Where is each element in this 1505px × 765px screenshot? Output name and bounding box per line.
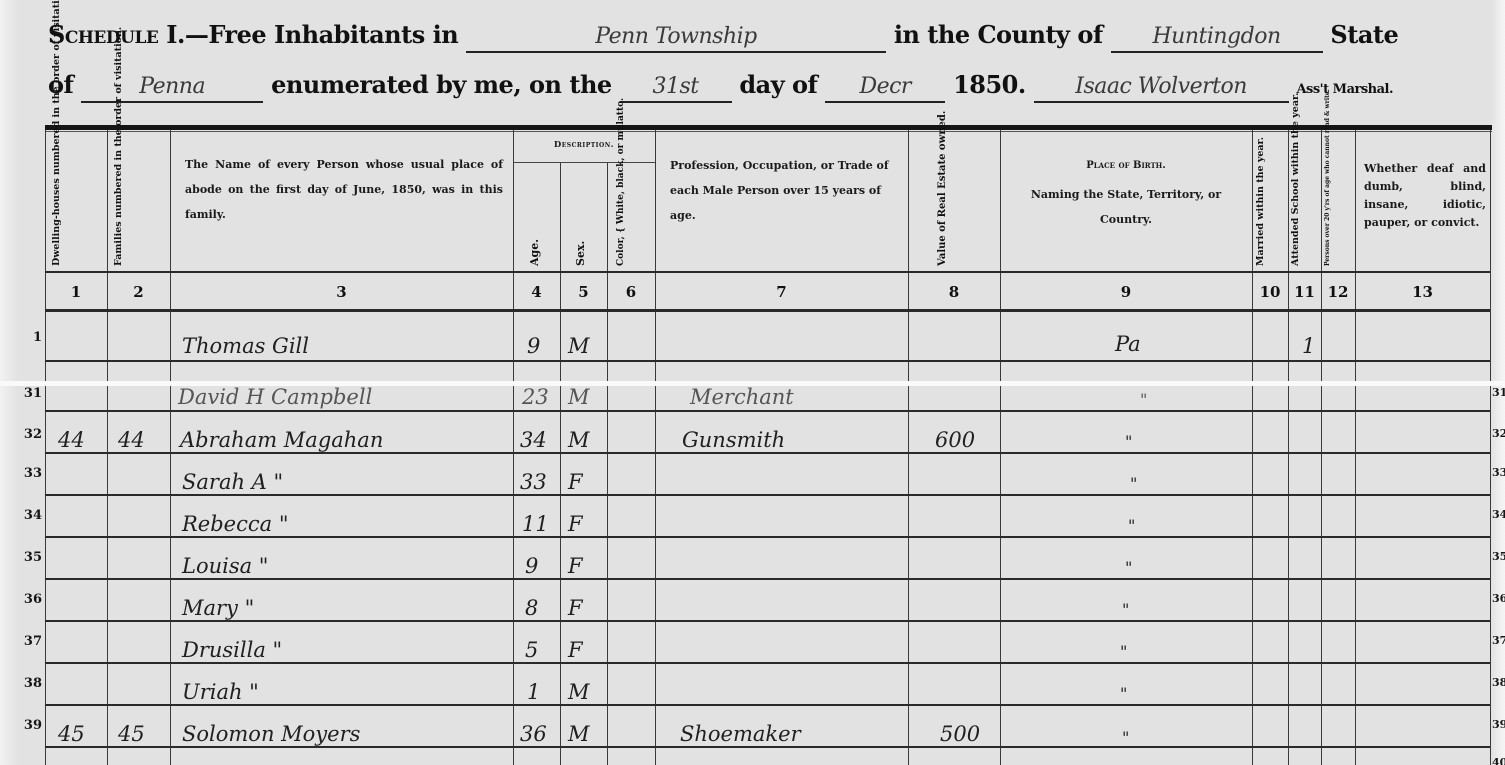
age-cell: 5 [525, 638, 538, 662]
col10-header: Married within the year. [1256, 138, 1284, 266]
line-number: 36 [0, 592, 42, 607]
name-cell: Drusilla " [182, 638, 282, 662]
age-cell: 11 [522, 512, 549, 536]
col3-number: 3 [170, 283, 513, 301]
right-line-number: 39 [1492, 718, 1505, 731]
county-field: Huntingdon [1111, 25, 1323, 53]
month-field: Decr [825, 75, 945, 103]
line-number: 38 [0, 676, 42, 691]
name-cell: Uriah " [182, 680, 259, 704]
birthplace-cell: " [1120, 642, 1127, 661]
dwelling-cell: 44 [58, 428, 85, 452]
real-estate-cell: 600 [935, 428, 975, 452]
col5-header: Sex. [576, 170, 590, 266]
col-rule-5 [607, 163, 608, 765]
age-cell: 9 [527, 334, 540, 358]
col-rule-1 [107, 130, 108, 765]
township-field: Penn Township [466, 25, 886, 53]
birthplace-cell: Pa [1115, 332, 1141, 356]
age-cell: 23 [522, 385, 549, 409]
col1-number: 1 [45, 283, 107, 301]
birthplace-cell: " [1125, 558, 1132, 577]
name-cell: Sarah A " [182, 470, 283, 494]
col12-header: Persons over 20 y'rs of age who cannot r… [1324, 138, 1352, 266]
sex-cell: F [568, 512, 583, 536]
name-cell: Solomon Moyers [182, 722, 360, 746]
title-line-2: of Penna enumerated by me, on the 31st d… [48, 70, 1393, 103]
real-estate-cell: 500 [940, 722, 980, 746]
row-rule-37 [45, 662, 1490, 664]
line-number: 33 [0, 466, 42, 481]
col7-header: Profession, Occupation, or Trade of each… [670, 153, 898, 228]
col-rule-0 [45, 130, 46, 765]
age-cell: 9 [525, 554, 538, 578]
col-rule-7 [908, 130, 909, 765]
right-line-number: 37 [1492, 634, 1505, 647]
col-rule-10 [1288, 130, 1289, 765]
line-number: 1 [0, 330, 42, 345]
col-rule-12 [1355, 130, 1356, 765]
school-cell: 1 [1302, 334, 1315, 358]
birthplace-cell: " [1122, 728, 1129, 747]
number-row-bottom-rule [45, 309, 1490, 312]
row-rule-38 [45, 704, 1490, 706]
col5-number: 5 [560, 283, 607, 301]
col1-header: Dwelling-houses numbered in the order of… [52, 140, 98, 266]
family-cell: 44 [118, 428, 145, 452]
row-rule-1 [45, 360, 1490, 362]
row-rule-31 [45, 410, 1490, 412]
row-rule-35 [45, 578, 1490, 580]
birthplace-cell: " [1120, 684, 1127, 703]
birthplace-cell: " [1122, 600, 1129, 619]
col8-header: Value of Real Estate owned. [938, 136, 968, 266]
sex-cell: M [568, 722, 590, 746]
occupation-cell: Shoemaker [680, 722, 801, 746]
col3-header: The Name of every Person whose usual pla… [185, 152, 503, 227]
title2-text-b: enumerated by me, on the [271, 70, 612, 99]
marshal-title: Ass't Marshal. [1296, 82, 1393, 97]
col2-number: 2 [107, 283, 170, 301]
state-field: Penna [81, 75, 263, 103]
col9-number: 9 [1000, 283, 1252, 301]
col-rule-13 [1490, 130, 1491, 765]
birthplace-cell: " [1130, 474, 1137, 493]
col11-header: Attended School within the year. [1291, 138, 1319, 266]
col12-number: 12 [1321, 283, 1355, 301]
age-cell: 8 [525, 596, 538, 620]
title-line-1: Schedule I.—Free Inhabitants in Penn Tow… [48, 20, 1398, 53]
row-rule-39 [45, 746, 1490, 748]
col-rule-9 [1252, 130, 1253, 765]
line-number: 39 [0, 718, 42, 733]
birthplace-cell: " [1125, 432, 1132, 451]
line-number: 31 [0, 386, 42, 401]
col4-header: Age. [530, 170, 544, 266]
occupation-cell: Gunsmith [682, 428, 785, 452]
age-cell: 34 [520, 428, 547, 452]
col6-number: 6 [607, 283, 655, 301]
census-page: Schedule I.—Free Inhabitants in Penn Tow… [0, 0, 1505, 765]
header-bottom-rule [45, 271, 1490, 273]
col7-number: 7 [655, 283, 908, 301]
row-rule-33 [45, 494, 1490, 496]
sex-cell: M [568, 334, 590, 358]
day-field: 31st [620, 75, 732, 103]
col-rule-4 [560, 163, 561, 765]
line-number: 32 [0, 427, 42, 442]
birthplace-cell: " [1128, 516, 1135, 535]
name-cell: Abraham Magahan [180, 428, 383, 452]
year-text: 1850. [953, 70, 1026, 99]
sex-cell: F [568, 596, 583, 620]
col-rule-8 [1000, 130, 1001, 765]
right-line-number: 38 [1492, 676, 1505, 689]
sex-cell: M [568, 680, 590, 704]
right-line-number: 40 [1492, 756, 1505, 765]
col-rule-11 [1321, 130, 1322, 765]
table-top-border [45, 125, 1492, 130]
title-text-b: in the County of [894, 20, 1103, 49]
col-rule-6 [655, 130, 656, 765]
right-line-number: 35 [1492, 550, 1505, 563]
sex-cell: F [568, 638, 583, 662]
family-cell: 45 [118, 722, 145, 746]
sex-cell: M [568, 385, 590, 409]
col4-number: 4 [513, 283, 560, 301]
description-group-header: Description. [513, 140, 655, 150]
col13-header: Whether deaf and dumb, blind, insane, id… [1364, 160, 1486, 232]
col9-header-sub: Naming the State, Territory, or Country. [1030, 182, 1222, 232]
name-cell: Rebecca " [182, 512, 289, 536]
right-line-number: 32 [1492, 427, 1505, 440]
right-line-number: 31 [1492, 386, 1505, 399]
sex-cell: F [568, 554, 583, 578]
description-group-rule [513, 162, 655, 163]
line-number: 34 [0, 508, 42, 523]
title2-text-c: day of [739, 70, 817, 99]
row-rule-36 [45, 620, 1490, 622]
col6-header: Color, { White, black, or mulatto. [616, 168, 650, 266]
sex-cell: F [568, 470, 583, 494]
col-rule-3 [513, 130, 514, 765]
row-rule-34 [45, 536, 1490, 538]
table-top-border-inner [45, 131, 1492, 132]
right-line-number: 34 [1492, 508, 1505, 521]
title-text-a: —Free Inhabitants in [185, 20, 458, 49]
name-cell: David H Campbell [178, 385, 372, 409]
name-cell: Louisa " [182, 554, 268, 578]
col10-number: 10 [1252, 283, 1288, 301]
birthplace-cell: " [1140, 390, 1147, 409]
right-line-number: 33 [1492, 466, 1505, 479]
occupation-cell: Merchant [690, 385, 794, 409]
col2-header: Families numbered in the order of visita… [114, 140, 154, 266]
line-number: 37 [0, 634, 42, 649]
col11-number: 11 [1288, 283, 1321, 301]
name-cell: Thomas Gill [182, 334, 309, 358]
col-rule-2 [170, 130, 171, 765]
age-cell: 33 [520, 470, 547, 494]
age-cell: 36 [520, 722, 547, 746]
sex-cell: M [568, 428, 590, 452]
title-text-c: State [1330, 20, 1398, 49]
col9-header-title: Place of Birth. [1000, 160, 1252, 171]
marshal-name-field: Isaac Wolverton [1034, 75, 1289, 103]
right-line-number: 36 [1492, 592, 1505, 605]
name-cell: Mary " [182, 596, 254, 620]
col8-number: 8 [908, 283, 1000, 301]
row-rule-32 [45, 452, 1490, 454]
age-cell: 1 [527, 680, 540, 704]
col13-number: 13 [1355, 283, 1490, 301]
line-number: 35 [0, 550, 42, 565]
dwelling-cell: 45 [58, 722, 85, 746]
